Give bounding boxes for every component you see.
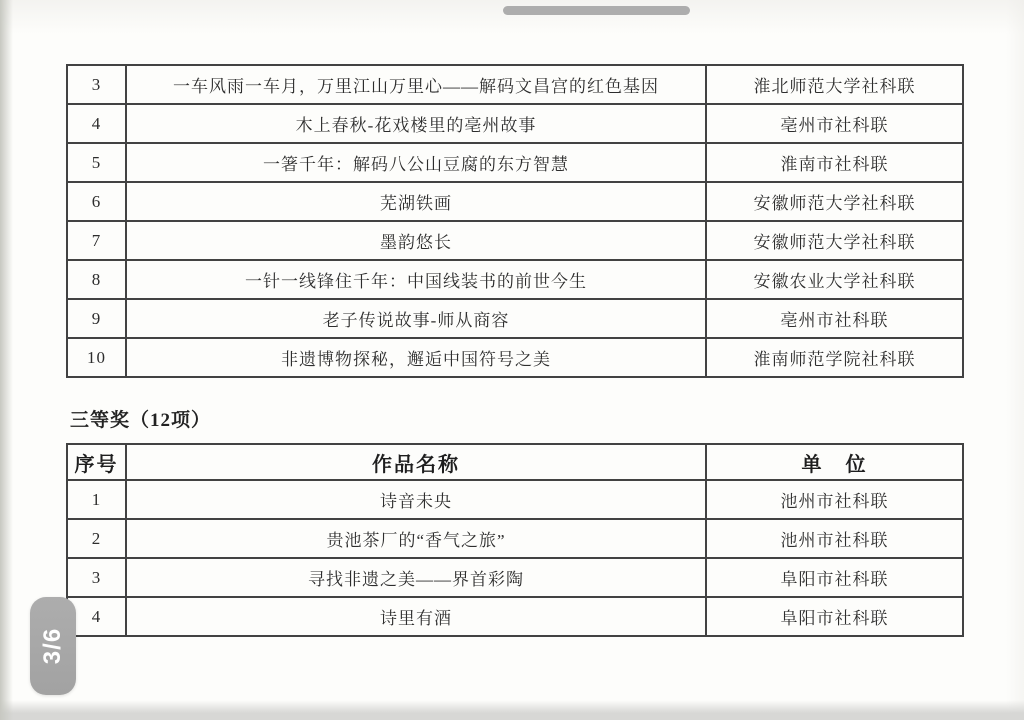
- row-number: 3: [67, 65, 126, 104]
- page-indicator-label: 3/6: [39, 628, 67, 664]
- unit-name: 亳州市社科联: [706, 299, 963, 338]
- row-number: 5: [67, 143, 126, 182]
- unit-name: 淮南市社科联: [706, 143, 963, 182]
- row-number: 7: [67, 221, 126, 260]
- row-number: 3: [67, 558, 126, 597]
- unit-name: 池州市社科联: [706, 519, 963, 558]
- work-title: 贵池茶厂的“香气之旅”: [126, 519, 706, 558]
- work-title: 一针一线锋住千年：中国线装书的前世今生: [126, 260, 706, 299]
- header-title: 作品名称: [126, 444, 706, 480]
- table-row: 5 一箸千年：解码八公山豆腐的东方智慧 淮南市社科联: [67, 143, 963, 182]
- row-number: 1: [67, 480, 126, 519]
- unit-name: 亳州市社科联: [706, 104, 963, 143]
- header-unit: 单 位: [706, 444, 963, 480]
- unit-name: 安徽师范大学社科联: [706, 182, 963, 221]
- unit-name: 阜阳市社科联: [706, 558, 963, 597]
- work-title: 老子传说故事-师从商容: [126, 299, 706, 338]
- work-title: 墨韵悠长: [126, 221, 706, 260]
- table-row: 4 诗里有酒 阜阳市社科联: [67, 597, 963, 636]
- sheet-drag-handle[interactable]: [503, 6, 690, 15]
- award-table-third-prize: 序号 作品名称 单 位 1 诗音未央 池州市社科联 2 贵池茶厂的“香气之旅” …: [66, 443, 964, 637]
- header-no: 序号: [67, 444, 126, 480]
- table-row: 3 一车风雨一车月，万里江山万里心——解码文昌宫的红色基因 淮北师范大学社科联: [67, 65, 963, 104]
- unit-name: 池州市社科联: [706, 480, 963, 519]
- section-title-third-prize: 三等奖（12项）: [70, 405, 211, 432]
- work-title: 一车风雨一车月，万里江山万里心——解码文昌宫的红色基因: [126, 65, 706, 104]
- work-title: 寻找非遗之美——界首彩陶: [126, 558, 706, 597]
- work-title: 非遗博物探秘，邂逅中国符号之美: [126, 338, 706, 377]
- row-number: 6: [67, 182, 126, 221]
- table-header-row: 序号 作品名称 单 位: [67, 444, 963, 480]
- document-page: 3 一车风雨一车月，万里江山万里心——解码文昌宫的红色基因 淮北师范大学社科联 …: [0, 0, 1024, 720]
- row-number: 4: [67, 104, 126, 143]
- table-row: 9 老子传说故事-师从商容 亳州市社科联: [67, 299, 963, 338]
- work-title: 诗音未央: [126, 480, 706, 519]
- table-row: 3 寻找非遗之美——界首彩陶 阜阳市社科联: [67, 558, 963, 597]
- unit-name: 阜阳市社科联: [706, 597, 963, 636]
- table-row: 7 墨韵悠长 安徽师范大学社科联: [67, 221, 963, 260]
- work-title: 一箸千年：解码八公山豆腐的东方智慧: [126, 143, 706, 182]
- table-row: 6 芜湖铁画 安徽师范大学社科联: [67, 182, 963, 221]
- row-number: 10: [67, 338, 126, 377]
- award-table-continued: 3 一车风雨一车月，万里江山万里心——解码文昌宫的红色基因 淮北师范大学社科联 …: [66, 64, 964, 378]
- page-indicator-pill[interactable]: 3/6: [30, 597, 76, 695]
- work-title: 芜湖铁画: [126, 182, 706, 221]
- table-row: 4 木上春秋-花戏楼里的亳州故事 亳州市社科联: [67, 104, 963, 143]
- row-number: 2: [67, 519, 126, 558]
- work-title: 诗里有酒: [126, 597, 706, 636]
- unit-name: 安徽农业大学社科联: [706, 260, 963, 299]
- table-row: 10 非遗博物探秘，邂逅中国符号之美 淮南师范学院社科联: [67, 338, 963, 377]
- row-number: 8: [67, 260, 126, 299]
- row-number: 9: [67, 299, 126, 338]
- unit-name: 安徽师范大学社科联: [706, 221, 963, 260]
- unit-name: 淮南师范学院社科联: [706, 338, 963, 377]
- table-row: 8 一针一线锋住千年：中国线装书的前世今生 安徽农业大学社科联: [67, 260, 963, 299]
- unit-name: 淮北师范大学社科联: [706, 65, 963, 104]
- table-row: 2 贵池茶厂的“香气之旅” 池州市社科联: [67, 519, 963, 558]
- work-title: 木上春秋-花戏楼里的亳州故事: [126, 104, 706, 143]
- table-row: 1 诗音未央 池州市社科联: [67, 480, 963, 519]
